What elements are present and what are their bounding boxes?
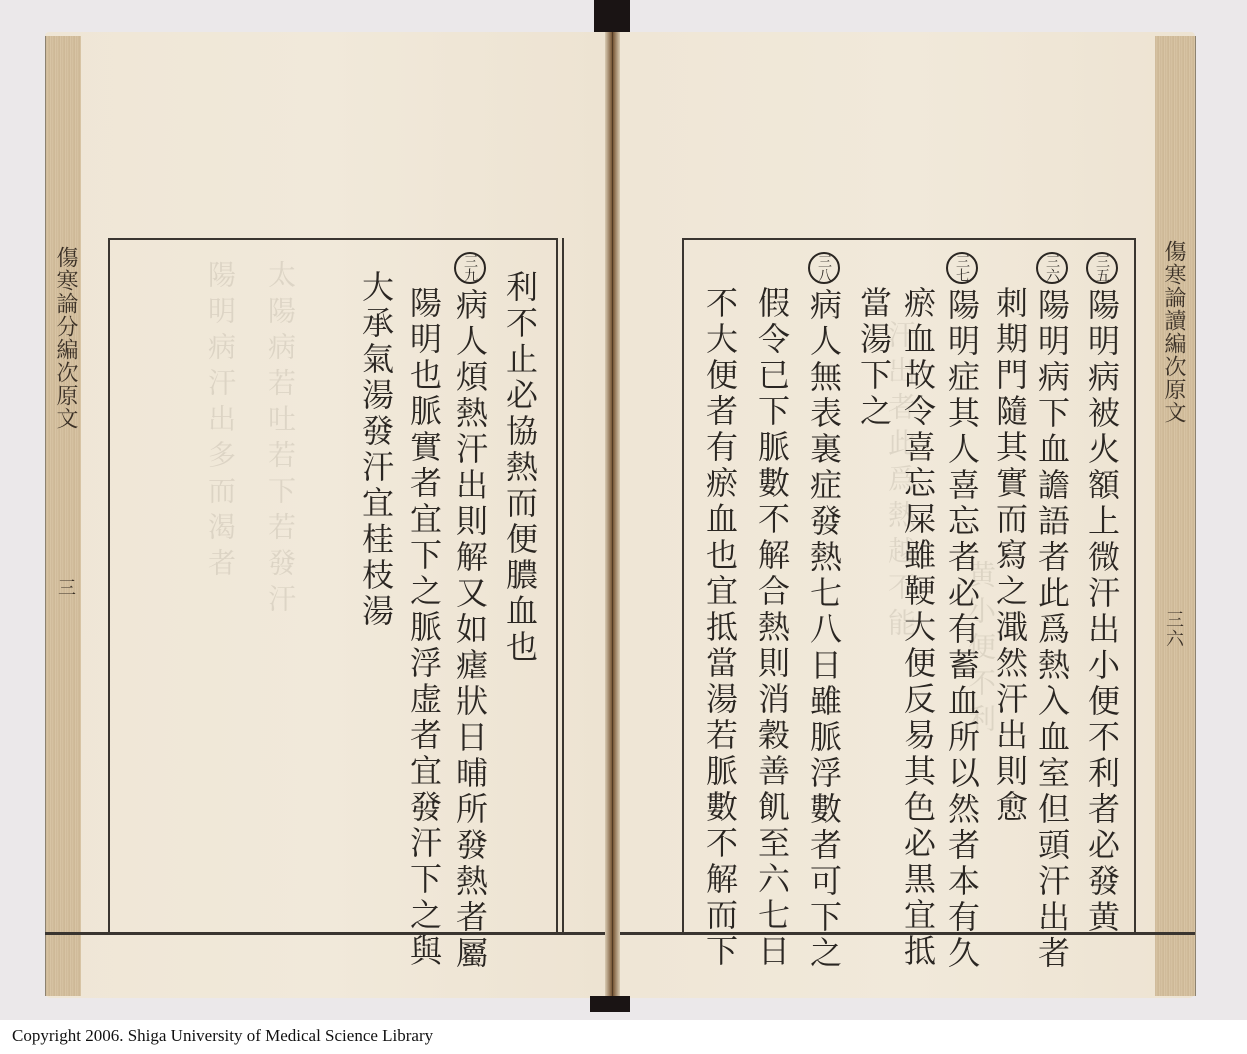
bookmark-ribbon-bottom <box>590 996 630 1012</box>
show-through-text: 陽明病汗出多而渴者 <box>200 260 240 584</box>
section-number-marker: 三九 <box>454 252 486 284</box>
text-column: 當湯下之 <box>854 286 894 430</box>
section-number-marker: 三八 <box>808 252 840 284</box>
column-text: 陽明病下血譫語者此爲熱入血室但頭汗出者 <box>1033 288 1071 972</box>
column-text: 不大便者有瘀血也宜抵當湯若脈數不解而下 <box>701 286 739 970</box>
text-column: 陽明也脈實者宜下之脈浮虚者宜發汗下之與 <box>404 286 444 970</box>
section-number-marker: 三六 <box>1036 252 1068 284</box>
left-fore-edge <box>45 36 81 996</box>
column-text: 陽明症其人喜忘者必有蓄血所以然者本有久 <box>943 288 981 972</box>
text-column: 大承氣湯發汗宜桂枝湯 <box>356 270 396 630</box>
column-text: 大承氣湯發汗宜桂枝湯 <box>357 270 395 630</box>
right-fore-edge <box>1155 36 1196 996</box>
text-column: 三九病人煩熱汗出則解又如瘧狀日晡所發熱者屬 <box>450 252 490 972</box>
text-column: 瘀血故令喜忘屎雖鞕大便反易其色必黒宜抵 <box>898 286 938 970</box>
column-text: 病人煩熱汗出則解又如瘧狀日晡所發熱者屬 <box>451 288 489 972</box>
left-text-frame <box>108 238 558 934</box>
column-text: 假令已下脈數不解合熱則消穀善飢至六七日 <box>753 286 791 970</box>
text-column: 利不止必協熱而便膿血也 <box>500 270 540 666</box>
column-text: 病人無表裏症發熱七八日雖脈浮數者可下之 <box>805 288 843 972</box>
text-column: 假令已下脈數不解合熱則消穀善飢至六七日 <box>752 286 792 970</box>
text-column: 三五陽明病被火額上微汗出小便不利者必發黄 <box>1082 252 1122 936</box>
column-text: 陽明也脈實者宜下之脈浮虚者宜發汗下之與 <box>405 286 443 970</box>
column-text: 當湯下之 <box>855 286 893 430</box>
book-gutter <box>605 32 620 1000</box>
bookmark-ribbon-top <box>594 0 630 32</box>
left-bottom-rule <box>45 932 605 935</box>
section-number-marker: 三五 <box>1086 252 1118 284</box>
column-text: 利不止必協熱而便膿血也 <box>501 270 539 666</box>
text-column: 三八病人無表裏症發熱七八日雖脈浮數者可下之 <box>804 252 844 972</box>
left-spine-title: 傷寒論分編次原文 <box>50 246 81 430</box>
show-through-text: 太陽病若吐若下若發汗 <box>260 260 300 620</box>
section-number-marker: 三七 <box>946 252 978 284</box>
text-column: 三七陽明症其人喜忘者必有蓄血所以然者本有久 <box>942 252 982 972</box>
copyright-notice: Copyright 2006. Shiga University of Medi… <box>12 1026 433 1046</box>
column-text: 陽明病被火額上微汗出小便不利者必發黄 <box>1083 288 1121 936</box>
right-spine-title: 傷寒論讀編次原文 <box>1158 240 1189 424</box>
text-column: 刺期門隨其實而寫之濈然汗出則愈 <box>990 286 1030 826</box>
right-folio: 三六 <box>1160 610 1186 648</box>
text-column: 三六陽明病下血譫語者此爲熱入血室但頭汗出者 <box>1032 252 1072 972</box>
column-text: 瘀血故令喜忘屎雖鞕大便反易其色必黒宜抵 <box>899 286 937 970</box>
text-column: 不大便者有瘀血也宜抵當湯若脈數不解而下 <box>700 286 740 970</box>
column-text: 刺期門隨其實而寫之濈然汗出則愈 <box>991 286 1029 826</box>
left-folio: 三 <box>52 578 78 597</box>
